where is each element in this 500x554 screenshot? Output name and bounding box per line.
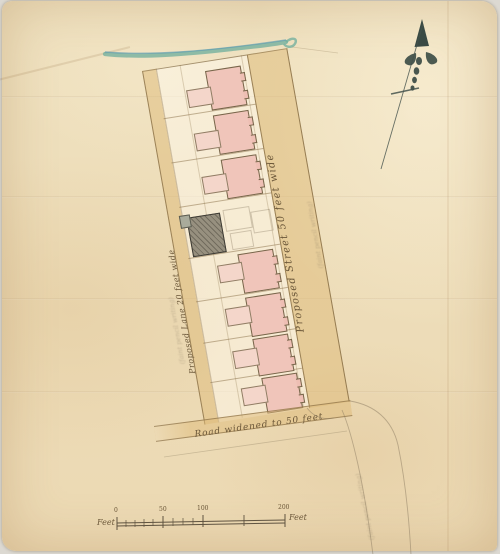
scale-tick-label: 200 (278, 504, 289, 511)
building-back-wing (194, 130, 222, 152)
north-arrow-icon (381, 19, 437, 169)
scale-unit-right: Feet (289, 513, 307, 522)
building-pair-5 (223, 292, 287, 338)
building-plot-strip: Proposed Lane 20 feet wide Proposed Stre… (142, 48, 348, 423)
building-front-block (245, 292, 288, 337)
scale-bar (117, 514, 285, 530)
scanned-plan-page: Proposed Lane 20 feet wide Proposed Stre… (0, 0, 500, 554)
existing-gray-building (186, 213, 227, 258)
scale-tick-label: 0 (114, 507, 118, 514)
building-front-block (221, 154, 264, 199)
building-annex (179, 214, 192, 229)
building-pair-4 (216, 249, 280, 295)
building-front-block (213, 110, 256, 155)
building-back-wing (201, 173, 229, 195)
fold-crease (0, 46, 130, 81)
pencil-sketch-outline (250, 209, 274, 234)
fold-crease (447, 1, 449, 551)
building-back-wing (232, 347, 260, 369)
building-back-wing (186, 86, 214, 108)
corner-road-pencil-note: (faint pencil writing) (354, 473, 376, 541)
pencil-sketch-outline (230, 230, 255, 250)
building-front-block (237, 249, 280, 294)
building-back-wing (241, 385, 269, 407)
scale-tick-label: 50 (159, 506, 167, 513)
stream-watercourse (105, 39, 338, 56)
building-back-wing (225, 305, 253, 327)
building-pair-2 (191, 110, 255, 156)
building-back-wing (217, 262, 245, 284)
building-pair-1 (183, 66, 247, 112)
paper-sheet: Proposed Lane 20 feet wide Proposed Stre… (2, 1, 497, 551)
building-front-block (252, 333, 294, 376)
scale-tick-label: 100 (197, 505, 208, 512)
pencil-sketch-outline (222, 206, 253, 232)
scale-unit-left: Feet (97, 518, 115, 527)
building-pair-3 (199, 154, 263, 200)
